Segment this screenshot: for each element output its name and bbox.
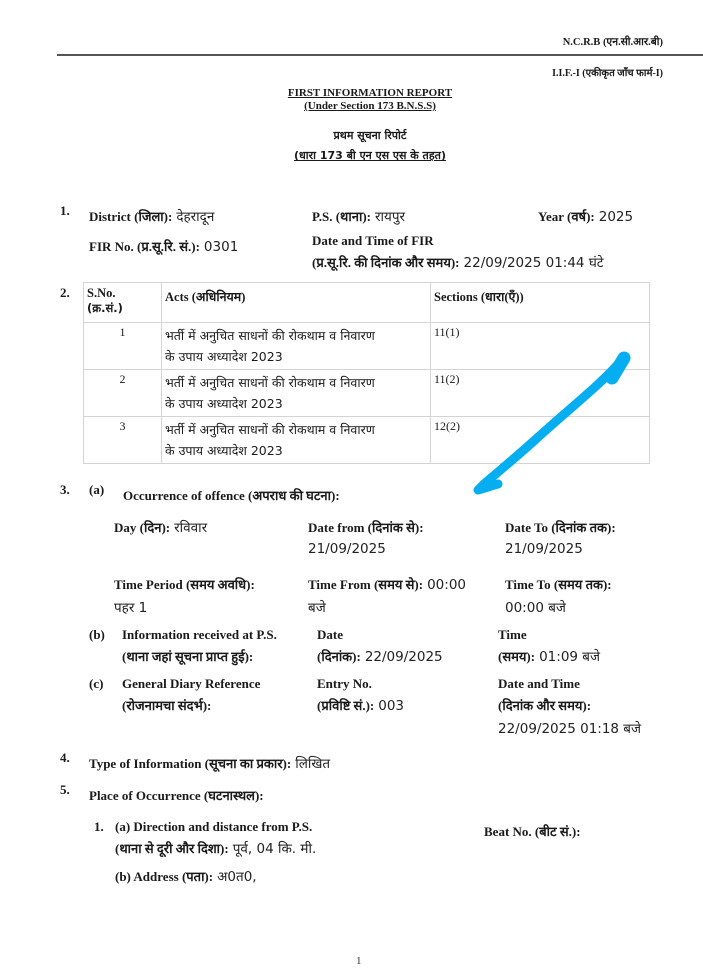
pen-stroke-annotation (0, 0, 703, 980)
